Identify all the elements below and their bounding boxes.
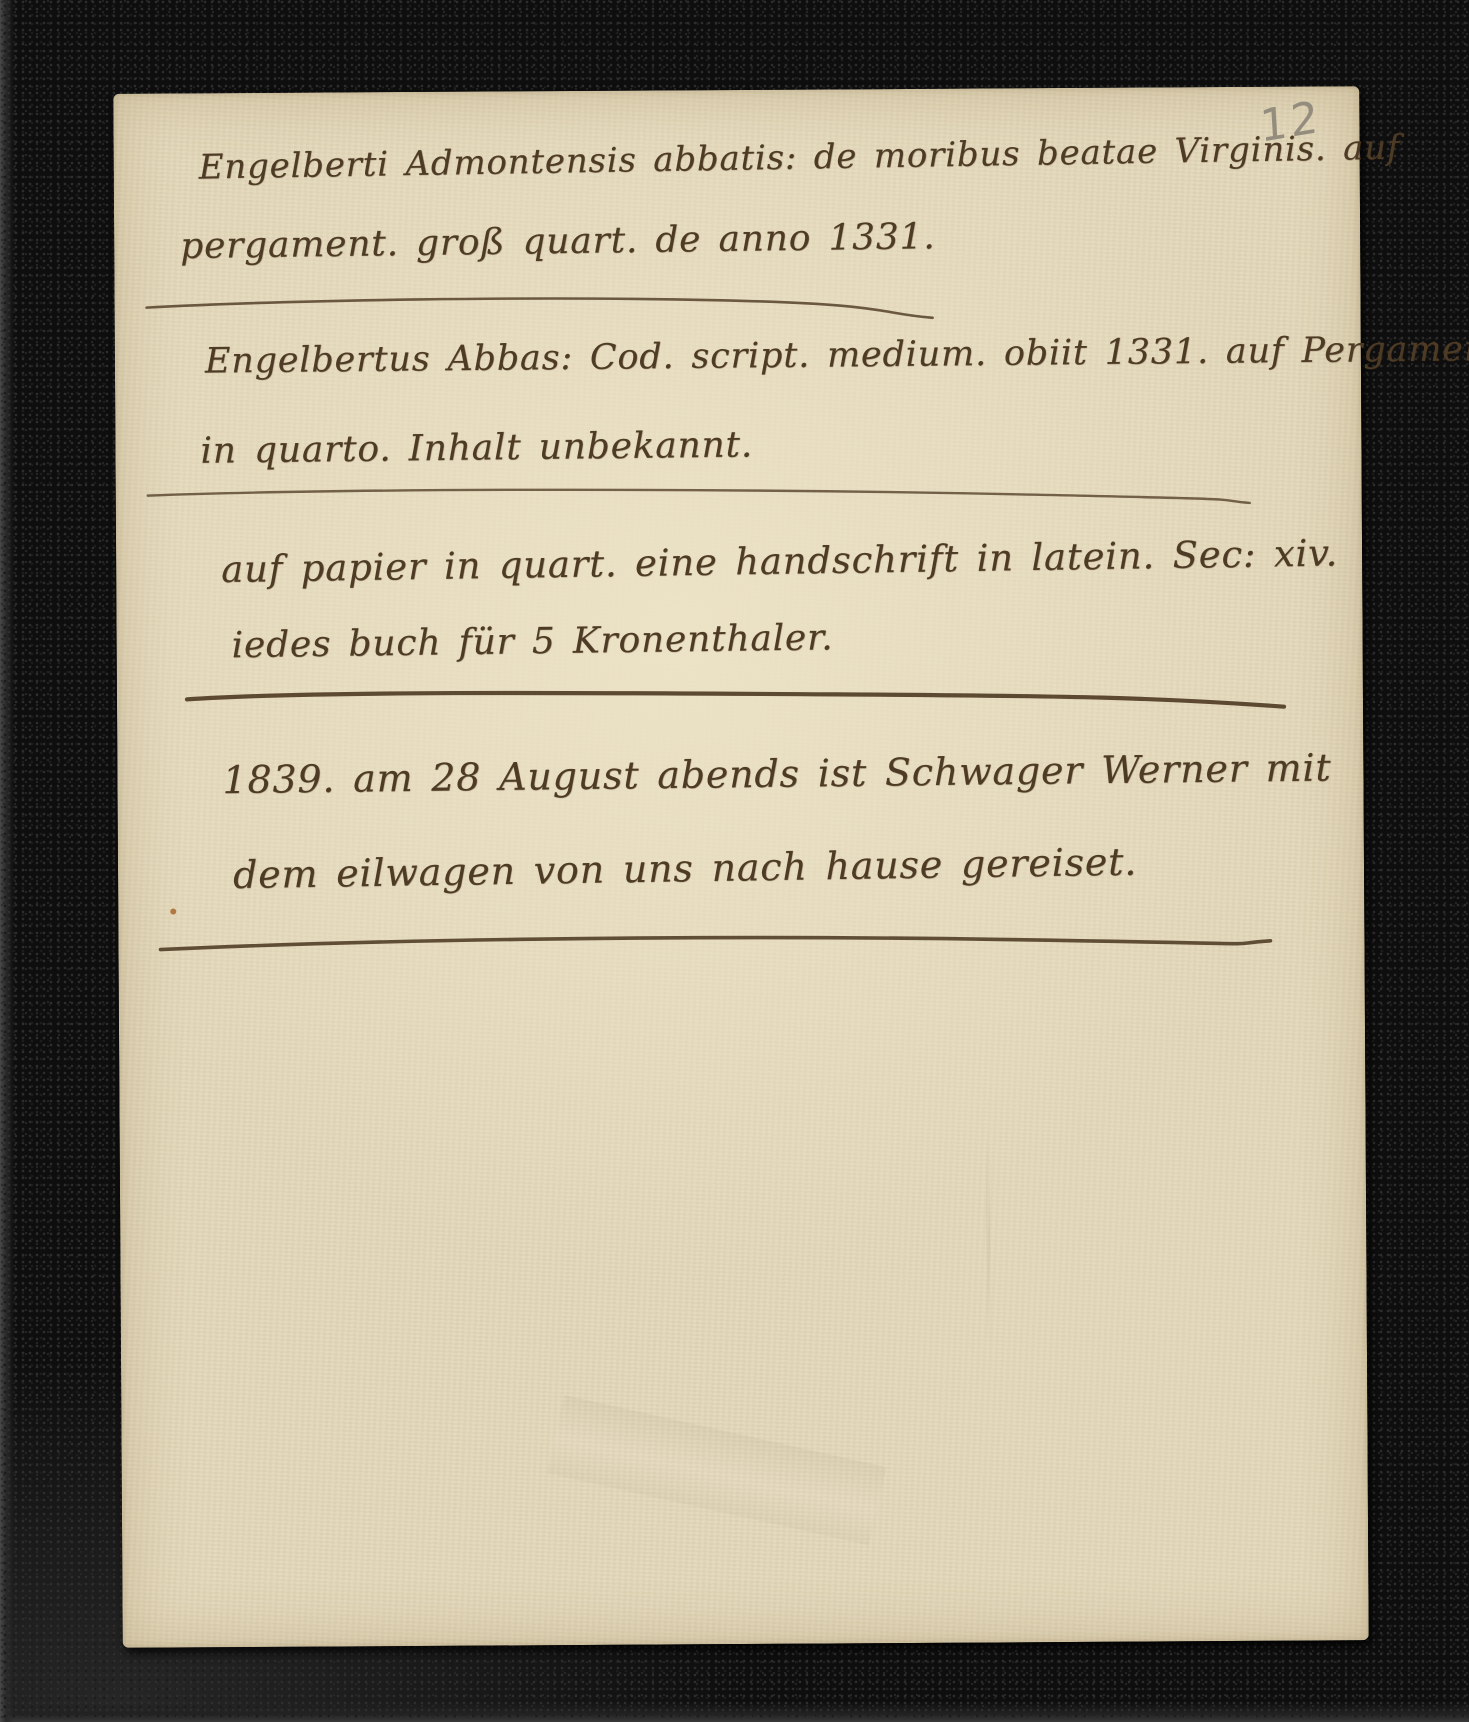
scanned-photo-background: 12 Engelberti Admontensis abbatis: de mo… [0, 0, 1469, 1722]
section-rule [160, 934, 1270, 950]
section-rule [148, 485, 1250, 509]
section-rule [187, 688, 1284, 713]
hand-drawn-rules [113, 86, 1368, 1648]
section-rule [147, 296, 933, 323]
manuscript-page: 12 Engelberti Admontensis abbatis: de mo… [113, 86, 1368, 1648]
rust-spot [170, 908, 176, 914]
